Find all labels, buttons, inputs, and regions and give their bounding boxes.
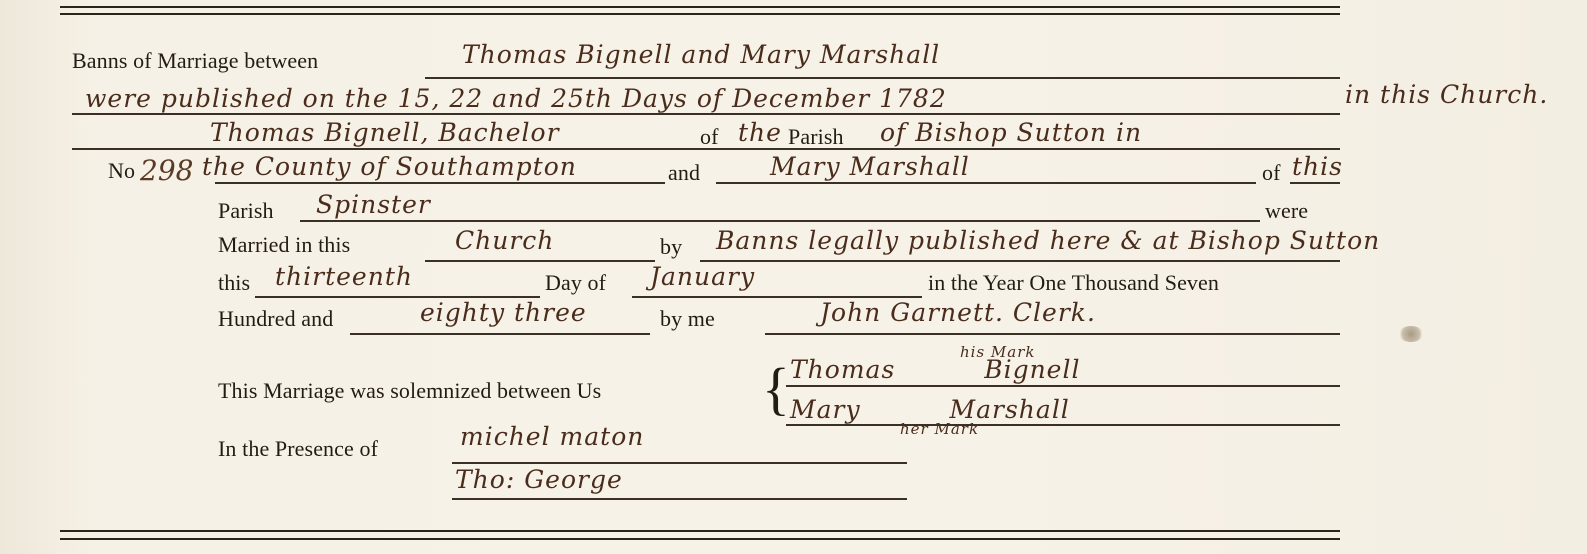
groom-the: the xyxy=(738,118,782,147)
year-label: in the Year One Thousand Seven xyxy=(928,270,1219,296)
hundred-label: Hundred and xyxy=(218,306,333,332)
year-words: eighty three xyxy=(420,298,587,327)
banns-underline xyxy=(425,77,1340,79)
married-in-label: Married in this xyxy=(218,232,350,258)
bride-name: Mary Marshall xyxy=(770,152,970,181)
register-page: Banns of Marriage between Thomas Bignell… xyxy=(0,0,1587,554)
witness-1-underline xyxy=(452,462,907,464)
entry-number: 298 xyxy=(140,154,193,187)
groom-parish: of Bishop Sutton in xyxy=(880,118,1142,147)
bride-status: Spinster xyxy=(316,190,431,219)
entry-number-label: No xyxy=(108,158,135,184)
solemnized-label: This Marriage was solemnized between Us xyxy=(218,378,601,404)
signature-bride-underline xyxy=(786,424,1340,426)
county-underline xyxy=(215,182,665,184)
groom-name: Thomas Bignell, Bachelor xyxy=(210,118,560,147)
bride-parish-label: Parish xyxy=(218,198,274,224)
banns-names: Thomas Bignell and Mary Marshall xyxy=(462,40,940,69)
top-rule xyxy=(60,6,1340,8)
year-underline xyxy=(350,333,650,335)
witness-2-underline xyxy=(452,498,907,500)
signature-groom-underline xyxy=(786,385,1340,387)
bride-underline xyxy=(716,182,1256,184)
banns-published-margin: in this Church. xyxy=(1345,80,1548,109)
banns-published: were published on the 15, 22 and 25th Da… xyxy=(85,84,947,113)
presence-label: In the Presence of xyxy=(218,436,378,462)
church-underline xyxy=(425,260,655,262)
witness-1: michel maton xyxy=(460,422,644,451)
were-label: were xyxy=(1265,198,1308,224)
signature-groom: Thomas Bignell xyxy=(790,355,1080,384)
this-label: this xyxy=(218,270,250,296)
officiant-underline xyxy=(765,333,1340,335)
groom-parish-label: Parish xyxy=(788,124,844,150)
married-in-value: Church xyxy=(455,226,554,255)
month-value: January xyxy=(650,262,755,291)
groom-underline xyxy=(72,148,1340,150)
groom-county: the County of Southampton xyxy=(202,152,577,181)
by-me-label: by me xyxy=(660,306,715,332)
day-value: thirteenth xyxy=(275,262,413,291)
bottom-rule xyxy=(60,538,1340,540)
parish-underline xyxy=(300,220,1260,222)
by-value: Banns legally published here & at Bishop… xyxy=(716,226,1380,255)
by-underline xyxy=(700,260,1340,262)
bride-of-value: this xyxy=(1292,152,1343,181)
day-of-label: Day of xyxy=(545,270,606,296)
banns-label: Banns of Marriage between xyxy=(72,48,318,74)
officiant: John Garnett. Clerk. xyxy=(820,298,1096,327)
witness-2: Tho: George xyxy=(455,465,623,494)
groom-mark: his Mark xyxy=(960,343,1036,361)
and-label: and xyxy=(668,160,700,186)
by-label: by xyxy=(660,234,682,260)
bride-mark: her Mark xyxy=(900,420,979,438)
top-rule xyxy=(60,13,1340,15)
groom-of-label: of xyxy=(700,124,719,150)
brace: { xyxy=(762,360,790,418)
ink-stain xyxy=(1398,326,1424,342)
of-underline xyxy=(1290,182,1340,184)
bride-of-label: of xyxy=(1262,160,1281,186)
bottom-rule xyxy=(60,530,1340,532)
published-underline xyxy=(72,113,1340,115)
